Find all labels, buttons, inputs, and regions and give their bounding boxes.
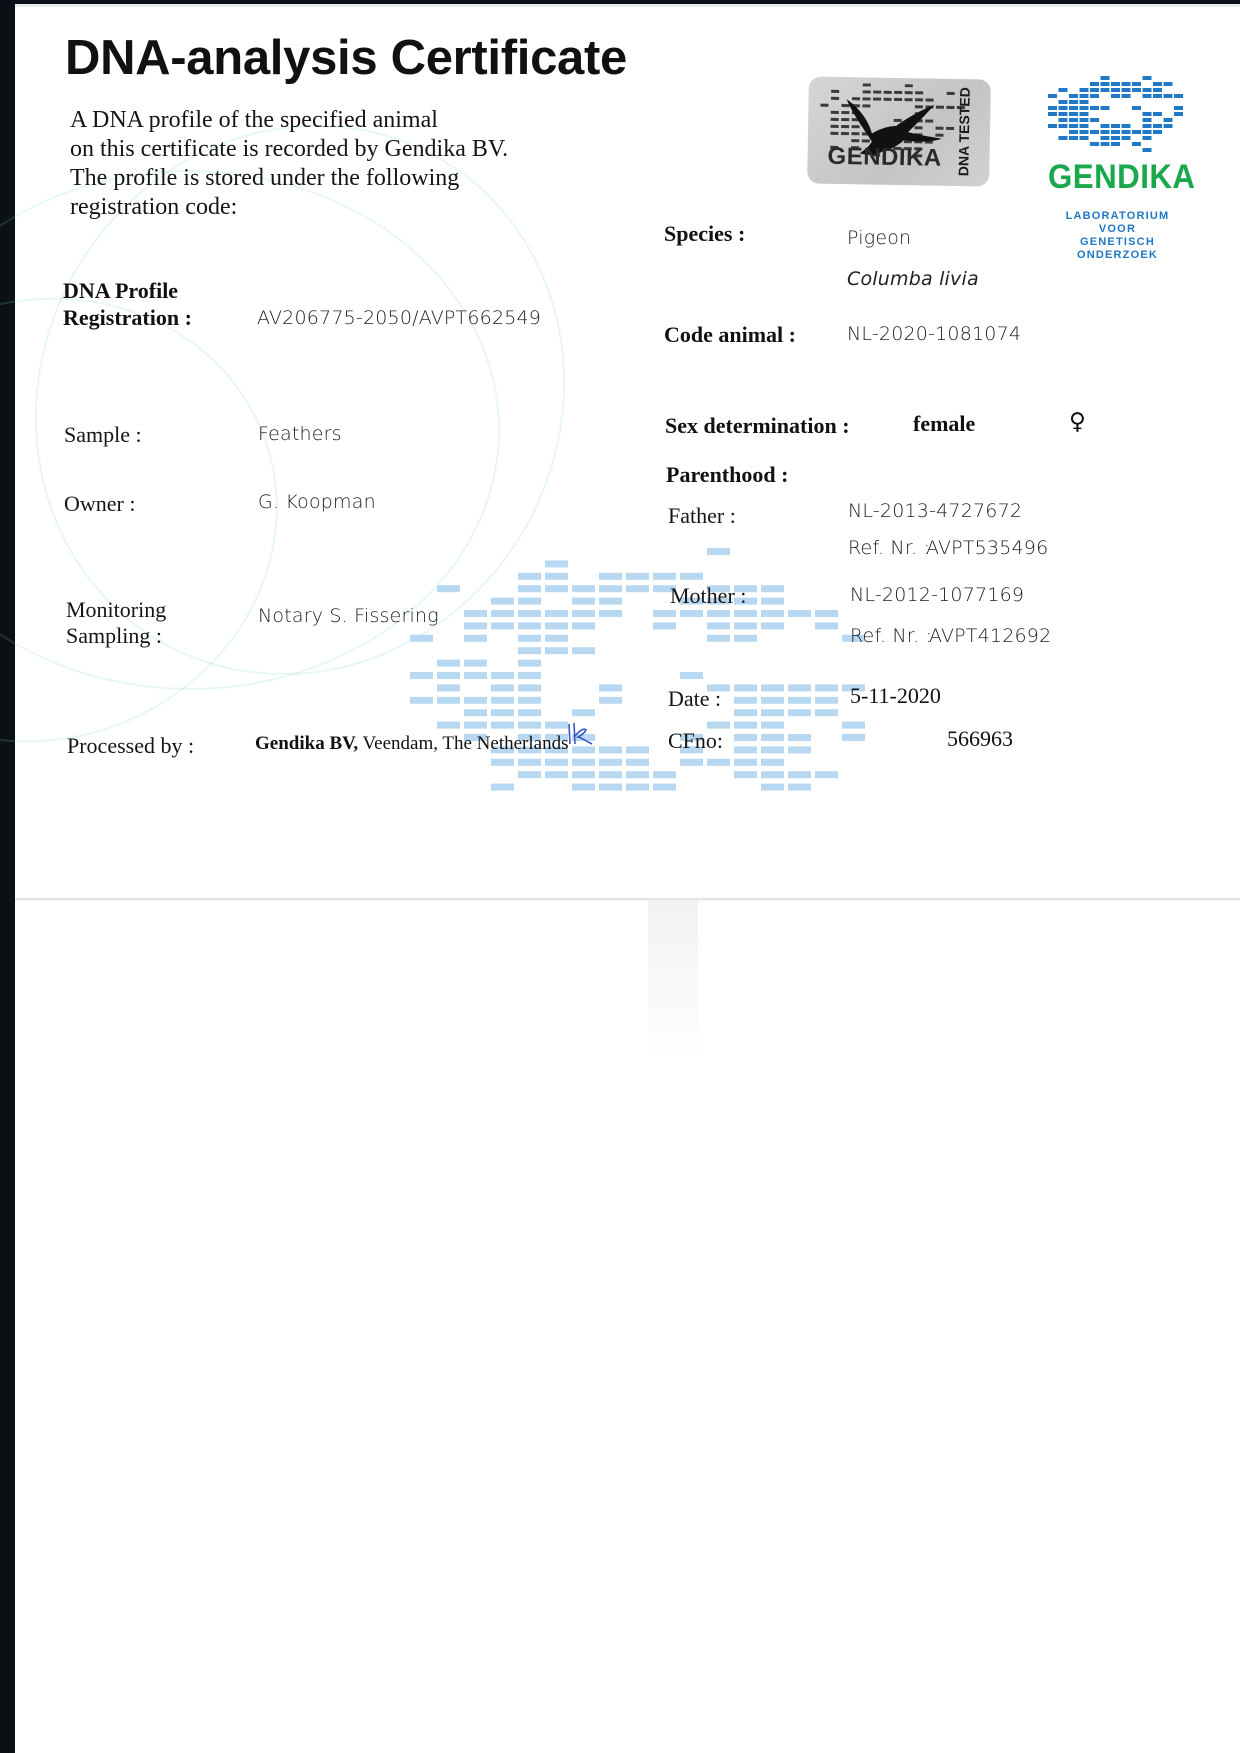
date-label: Date : <box>668 686 721 712</box>
father-ref-label: Ref. Nr. : <box>848 537 930 559</box>
processed-by-location: Veendam, The Netherlands <box>358 733 568 754</box>
mother-value: NL-2012-1077169 <box>850 584 1024 606</box>
father-value: NL-2013-4727672 <box>848 500 1022 522</box>
gendika-logo-subtitle: LABORATORIUM VOOR GENETISCH ONDERZOEK <box>1050 210 1185 262</box>
father-label: Father : <box>668 503 736 529</box>
dna-tested-sticker: GENDIKA DNA TESTED <box>807 76 991 186</box>
cfno-value: 566963 <box>947 726 1013 752</box>
sample-label: Sample : <box>64 422 142 448</box>
sex-value: female <box>913 411 975 437</box>
father-ref-value: AVPT535496 <box>926 537 1048 559</box>
gendika-watermark-icon <box>410 548 870 823</box>
registration-label-line2: Registration : <box>63 305 192 331</box>
signature-initials-icon <box>566 722 594 748</box>
processed-by-value: Gendika BV, Veendam, The Netherlands <box>255 733 569 755</box>
registration-label-line1: DNA Profile <box>63 278 178 304</box>
cfno-label: CFno: <box>668 728 723 754</box>
monitoring-label-line1: Monitoring <box>66 597 166 623</box>
mother-label: Mother : <box>670 583 746 609</box>
mother-ref-label: Ref. Nr. : <box>850 625 932 647</box>
owner-value: G. Koopman <box>258 491 376 513</box>
processed-by-label: Processed by : <box>67 733 194 759</box>
species-latin: Columba livia <box>847 268 979 290</box>
date-value: 5-11-2020 <box>850 683 941 709</box>
mother-ref-value: AVPT412692 <box>929 625 1051 647</box>
paper-crease <box>648 900 698 1060</box>
sticker-brand: GENDIKA <box>827 143 942 173</box>
monitoring-value: Notary S. Fissering <box>258 605 439 627</box>
species-common: Pigeon <box>847 227 911 249</box>
owner-label: Owner : <box>64 491 135 517</box>
gendika-logo-name: GENDIKA <box>1048 158 1195 197</box>
gendika-logo-icon <box>1048 76 1188 154</box>
species-label: Species : <box>664 221 745 247</box>
monitoring-label-line2: Sampling : <box>66 623 162 649</box>
processed-by-company: Gendika BV, <box>255 733 358 754</box>
code-animal-label: Code animal : <box>664 322 796 348</box>
sticker-dna-tested: DNA TESTED <box>955 87 983 177</box>
code-animal-value: NL-2020-1081074 <box>847 323 1021 345</box>
registration-value: AV206775-2050/AVPT662549 <box>257 307 541 329</box>
parenthood-label: Parenthood : <box>666 462 788 488</box>
female-symbol-icon: ♀ <box>1069 409 1086 435</box>
certificate-title: DNA-analysis Certificate <box>65 30 627 86</box>
sample-value: Feathers <box>258 423 342 445</box>
sex-label: Sex determination : <box>665 413 850 439</box>
certificate-intro: A DNA profile of the specified animal on… <box>70 106 508 222</box>
